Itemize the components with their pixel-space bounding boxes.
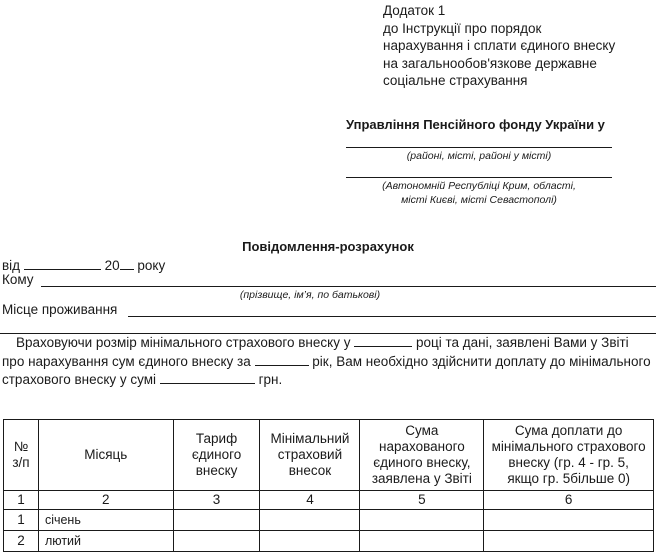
column-header: Мінімальнийстраховийвнесок (260, 420, 360, 491)
appendix-line: на загальнообов'язкове державне (383, 55, 615, 73)
column-number: 2 (38, 491, 173, 510)
document-title: Повідомлення-розрахунок (0, 239, 656, 254)
residence-label: Місце проживання (2, 302, 117, 317)
column-header-line: Сума (362, 423, 481, 439)
row-number: 1 (4, 510, 39, 531)
column-header-line: єдиного (176, 447, 258, 463)
region-caption-line: (Автономній Республіці Крим, області, (346, 179, 612, 193)
residence-input-line[interactable] (128, 316, 656, 317)
column-header-line: Тариф (176, 431, 258, 447)
column-header: Сума доплати домінімального страховоговн… (484, 420, 654, 491)
column-header: Суманарахованогоєдиного внеску,заявлена … (360, 420, 484, 491)
column-header-line: внеску (176, 463, 258, 479)
contribution-table: №з/пМісяцьТарифєдиноговнескуМінімальнийс… (3, 419, 654, 552)
to-input-line[interactable] (41, 286, 656, 287)
department-heading: Управління Пенсійного фонду України у (346, 117, 605, 132)
appendix-line: нарахування і сплати єдиного внеску (383, 37, 615, 55)
column-header-line: Сума доплати до (486, 423, 651, 439)
column-header-line: заявлена у Звіті (362, 471, 481, 487)
year-input[interactable] (120, 257, 134, 270)
column-header-line: № (6, 439, 36, 455)
tariff-cell[interactable] (173, 510, 260, 531)
region-caption-line: місті Києві, місті Севастополі) (346, 193, 612, 207)
min-contribution-cell[interactable] (260, 531, 360, 552)
extra-payment-cell[interactable] (484, 531, 654, 552)
year-prefix: 20 (105, 258, 120, 273)
column-header-line: з/п (6, 455, 36, 471)
column-header: Місяць (38, 420, 173, 491)
date-field: від 20 року (2, 257, 165, 273)
column-number: 1 (4, 491, 39, 510)
extra-payment-cell[interactable] (484, 510, 654, 531)
column-header-line: страховий (262, 447, 357, 463)
min-contribution-cell[interactable] (260, 510, 360, 531)
paragraph-text: грн. (259, 372, 283, 387)
paragraph-text: Враховуючи розмір мінімального страховог… (16, 335, 350, 350)
region-line[interactable] (346, 177, 612, 178)
column-number: 6 (484, 491, 654, 510)
table-row: 2лютий (4, 531, 654, 552)
month-cell: січень (38, 510, 173, 531)
column-header-line: Мінімальний (262, 431, 357, 447)
column-header-line: якщо гр. 5більше 0) (486, 471, 651, 487)
district-line[interactable] (346, 147, 612, 148)
column-header: Тарифєдиноговнеску (173, 420, 260, 491)
column-header-line: нарахованого (362, 439, 481, 455)
to-label: Кому (2, 272, 34, 287)
column-number: 4 (260, 491, 360, 510)
paragraph-text: рік, Вам необхідно здійснити доплату до … (312, 354, 650, 369)
row-number: 2 (4, 531, 39, 552)
column-header: №з/п (4, 420, 39, 491)
region-caption: (Автономній Республіці Крим, області, мі… (346, 179, 612, 207)
paragraph-text: році та дані, заявлені Вами у Звіті (416, 335, 629, 350)
month-cell: лютий (38, 531, 173, 552)
notice-paragraph: Враховуючи розмір мінімального страховог… (2, 334, 656, 390)
column-header-line: мінімального страхового (486, 439, 651, 455)
column-number-row: 123456 (4, 491, 654, 510)
paragraph-text: про нарахування сум єдиного внеску за (2, 354, 251, 369)
tariff-cell[interactable] (173, 531, 260, 552)
to-caption: (прізвище, ім’я, по батькові) (200, 288, 420, 302)
column-header-line: єдиного внеску, (362, 455, 481, 471)
district-caption: (районі, місті, районі у місті) (346, 149, 612, 163)
declared-sum-cell[interactable] (360, 531, 484, 552)
column-header-line: Місяць (41, 447, 171, 463)
header-row: №з/пМісяцьТарифєдиноговнескуМінімальнийс… (4, 420, 654, 491)
appendix-line: Додаток 1 (383, 2, 615, 20)
column-header-line: внесок (262, 463, 357, 479)
table-row: 1січень (4, 510, 654, 531)
appendix-line: до Інструкції про порядок (383, 20, 615, 38)
column-number: 5 (360, 491, 484, 510)
date-suffix: року (137, 258, 165, 273)
paragraph-text: страхового внеску у сумі (2, 372, 156, 387)
column-header-line: внеску (гр. 4 - гр. 5, (486, 455, 651, 471)
date-input[interactable] (24, 257, 101, 270)
appendix-block: Додаток 1 до Інструкції про порядок нара… (383, 2, 615, 90)
appendix-line: соціальне страхування (383, 72, 615, 90)
year-blank[interactable] (354, 334, 412, 347)
column-number: 3 (173, 491, 260, 510)
date-prefix: від (2, 258, 20, 273)
declared-sum-cell[interactable] (360, 510, 484, 531)
amount-blank[interactable] (160, 371, 255, 384)
report-year-blank[interactable] (255, 353, 309, 366)
